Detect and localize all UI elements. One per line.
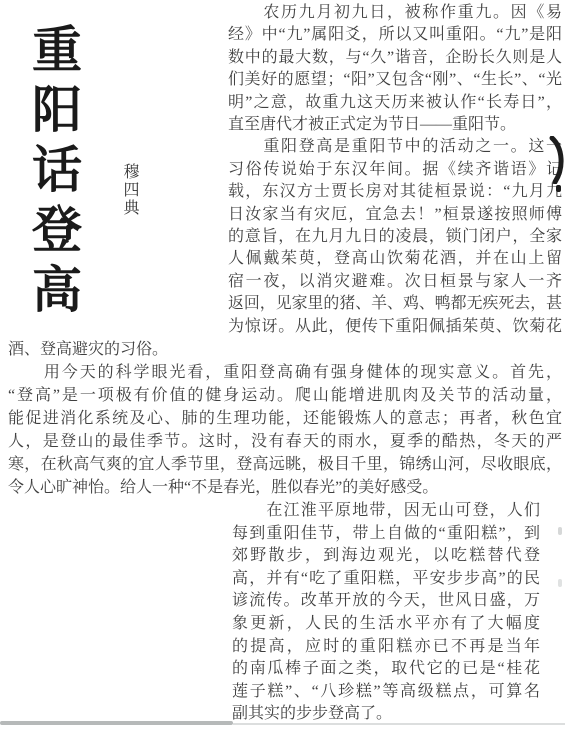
scan-speck — [558, 527, 562, 535]
text-line: 郊野散步，到海边观光，以吃糕替代登 — [232, 545, 540, 568]
text-line: 宿一夜，以消灾避难。次日桓景与家人一齐 — [228, 271, 562, 293]
text-line: 数中的最大数，与“久”谐音，企盼长久则是人 — [228, 47, 562, 69]
text-line: 返回，见家里的猪、羊、鸡、鸭都无疾死去，甚 — [228, 293, 560, 315]
scan-speck — [558, 579, 562, 587]
text-line: “登高”是一项极有价值的健身运动。爬山能增进肌肉及关节的活动量， — [8, 384, 562, 407]
text-line: 经》中“九”属阳爻，所以又叫重阳。“九”是阳 — [228, 24, 562, 46]
text-line: 日汝家当有灾厄，宜急去！”桓景遂按照师傅 — [228, 204, 562, 226]
text-line: 在江淮平原地带，因无山可登，人们 — [232, 500, 540, 523]
text-line: 重阳登高是重阳节中的活动之一。这一 — [228, 136, 562, 158]
text-line: 每到重阳佳节，带上自做的“重阳糕”，到 — [232, 523, 540, 546]
text-line: 人佩戴茱萸，登高山饮菊花酒，并在山上留 — [228, 248, 562, 270]
paragraph-block-intro: 农历九月初九日，被称作重九。因《易经》中“九”属阳爻，所以又叫重阳。“九”是阳数… — [228, 2, 562, 338]
ink-dot-mark — [556, 185, 561, 192]
scanned-article-page: 重阳话登高 穆四典 农历九月初九日，被称作重九。因《易经》中“九”属阳爻，所以又… — [0, 0, 565, 730]
text-line: 的南瓜棒子面之类，取代它的已是“桂花 — [232, 658, 540, 681]
text-line: 用今天的科学眼光看，重阳登高确有强身健体的现实意义。首先， — [8, 361, 562, 384]
text-line: 为惊讶。从此，便传下重阳佩插茱萸、饮菊花 — [228, 316, 562, 338]
text-line: 令人心旷神怡。给人一种“不是春光，胜似春光”的美好感受。 — [8, 476, 562, 499]
scan-edge-line-left — [0, 721, 233, 725]
text-line: 象更新，人民的生活水平亦有了大幅度 — [232, 613, 540, 636]
text-line: 谚流传。改革开放的今天，世风日盛，万 — [232, 590, 540, 613]
article-title-vertical: 重阳话登高 — [30, 20, 84, 322]
text-line: 直至唐代才被正式定为节日——重阳节。 — [228, 114, 562, 136]
text-line: 的意旨，在九月九日的凌晨，锁门闭户，全家 — [228, 226, 562, 248]
text-line: 莲子糕”、“八珍糕”等高级糕点，可算名 — [232, 681, 540, 704]
text-line: 能促进消化系统及心、肺的生理功能，还能锻炼人的意志；再者，秋色宜 — [8, 407, 562, 430]
text-line: 酒、登高避灾的习俗。 — [8, 338, 562, 361]
ink-smudge-mark — [549, 136, 565, 184]
paragraph-block-bottom: 在江淮平原地带，因无山可登，人们每到重阳佳节，带上自做的“重阳糕”，到郊野散步，… — [232, 500, 540, 726]
text-line: 人，是登山的最佳季节。这时，没有春天的雨水，夏季的酷热，冬天的严 — [8, 430, 562, 453]
author-name-vertical: 穆四典 — [122, 164, 141, 220]
text-line: 的提高，应时的重阳糕亦已不再是当年 — [232, 636, 540, 659]
text-line: 习俗传说始于东汉年间。据《续齐谐语》记 — [228, 159, 562, 181]
scan-edge-line-right — [233, 723, 565, 725]
text-line: 明”之意，故重九这天历来被认作“长寿日”， — [228, 92, 562, 114]
text-line: 高，并有“吃了重阳糕，平安步步高”的民 — [232, 568, 540, 591]
paragraph-block-middle: 酒、登高避灾的习俗。 用今天的科学眼光看，重阳登高确有强身健体的现实意义。首先，… — [8, 338, 562, 499]
text-line: 农历九月初九日，被称作重九。因《易 — [228, 2, 562, 24]
text-line: 载，东汉方士贾长房对其徒桓景说：“九月九 — [228, 181, 562, 203]
text-line: 寒，在秋高气爽的宜人季节里，登高远眺，极目千里，锦绣山河，尽收眼底， — [8, 453, 562, 476]
text-line: 们美好的愿望；“阳”又包含“刚”、“生长”、“光 — [228, 69, 562, 91]
